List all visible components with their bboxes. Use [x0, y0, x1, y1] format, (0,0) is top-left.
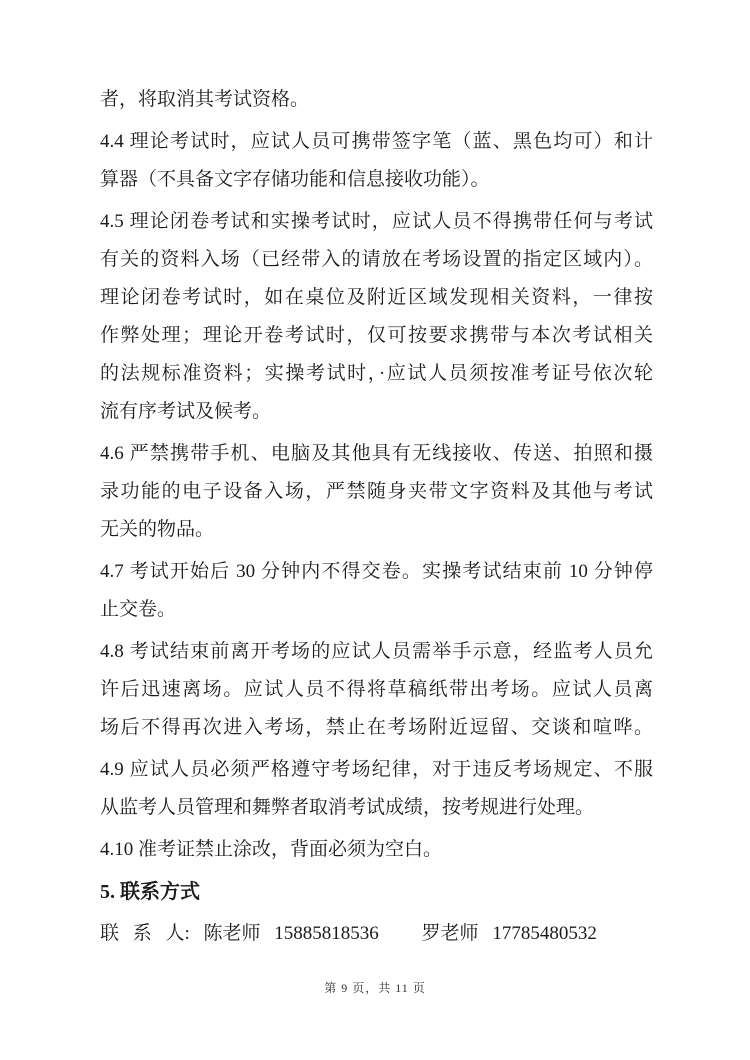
paragraph: 者，将取消其考试资格。: [100, 81, 653, 119]
text-line: 5. 联系方式: [100, 873, 653, 911]
paragraph: 4.4 理论考试时，应试人员可携带签字笔（蓝、黑色均可）和计算器（不具备文字存储…: [100, 123, 653, 199]
text-line: 录功能的电子设备入场，严禁随身夹带文字资料及其他与考试: [100, 473, 653, 511]
text-line: 4.9 应试人员必须严格遵守考场纪律，对于违反考场规定、不服: [100, 751, 653, 789]
text-line: 4.8 考试结束前离开考场的应试人员需举手示意，经监考人员允: [100, 633, 653, 671]
contact-person-1: 陈老师: [204, 923, 261, 944]
text-line: 4.4 理论考试时，应试人员可携带签字笔（蓝、黑色均可）和计: [100, 123, 653, 161]
section-heading: 5. 联系方式: [100, 873, 653, 911]
text-line: 4.6 严禁携带手机、电脑及其他具有无线接收、传送、拍照和摄: [100, 435, 653, 473]
text-line: 4.10 准考证禁止涂改，背面必须为空白。: [100, 831, 653, 869]
text-line: 者，将取消其考试资格。: [100, 81, 653, 119]
text-line: 4.7 考试开始后 30 分钟内不得交卷。实操考试结束前 10 分钟停: [100, 553, 653, 591]
contact-label: 联 系 人:: [100, 923, 190, 944]
page-number-text: 第 9 页，共 11 页: [324, 981, 426, 995]
document-body: 者，将取消其考试资格。4.4 理论考试时，应试人员可携带签字笔（蓝、黑色均可）和…: [100, 81, 653, 911]
text-line: 有关的资料入场（已经带入的请放在考场设置的指定区域内）。: [100, 241, 653, 279]
text-line: 许后迅速离场。应试人员不得将草稿纸带出考场。应试人员离: [100, 671, 653, 709]
text-line: 作弊处理；理论开卷考试时，仅可按要求携带与本次考试相关: [100, 317, 653, 355]
paragraph: 4.6 严禁携带手机、电脑及其他具有无线接收、传送、拍照和摄录功能的电子设备入场…: [100, 435, 653, 549]
text-line: 从监考人员管理和舞弊者取消考试成绩，按考规进行处理。: [100, 789, 653, 827]
text-line: 的法规标准资料；实操考试时，·应试人员须按准考证号依次轮: [100, 355, 653, 393]
text-line: 理论闭卷考试时，如在桌位及附近区域发现相关资料，一律按: [100, 279, 653, 317]
document-content: 者，将取消其考试资格。4.4 理论考试时，应试人员可携带签字笔（蓝、黑色均可）和…: [100, 81, 653, 953]
paragraph: 4.7 考试开始后 30 分钟内不得交卷。实操考试结束前 10 分钟停止交卷。: [100, 553, 653, 629]
text-line: 止交卷。: [100, 591, 653, 629]
page-footer: 第 9 页，共 11 页: [0, 980, 750, 996]
text-line: 场后不得再次进入考场，禁止在考场附近逗留、交谈和喧哗。: [100, 709, 653, 747]
paragraph: 4.10 准考证禁止涂改，背面必须为空白。: [100, 831, 653, 869]
contact-person-2: 罗老师: [422, 923, 479, 944]
paragraph: 4.5 理论闭卷考试和实操考试时，应试人员不得携带任何与考试有关的资料入场（已经…: [100, 203, 653, 431]
paragraph: 4.8 考试结束前离开考场的应试人员需举手示意，经监考人员允许后迅速离场。应试人…: [100, 633, 653, 747]
text-line: 无关的物品。: [100, 511, 653, 549]
text-line: 流有序考试及候考。: [100, 393, 653, 431]
contact-phone-2: 17785480532: [492, 923, 597, 944]
paragraph: 4.9 应试人员必须严格遵守考场纪律，对于违反考场规定、不服从监考人员管理和舞弊…: [100, 751, 653, 827]
text-line: 4.5 理论闭卷考试和实操考试时，应试人员不得携带任何与考试: [100, 203, 653, 241]
text-line: 算器（不具备文字存储功能和信息接收功能）。: [100, 161, 653, 199]
document-page: 者，将取消其考试资格。4.4 理论考试时，应试人员可携带签字笔（蓝、黑色均可）和…: [0, 0, 750, 1060]
contact-line: 联 系 人: 陈老师 15885818536 罗老师 17785480532: [100, 915, 653, 953]
contact-phone-1: 15885818536: [274, 923, 379, 944]
